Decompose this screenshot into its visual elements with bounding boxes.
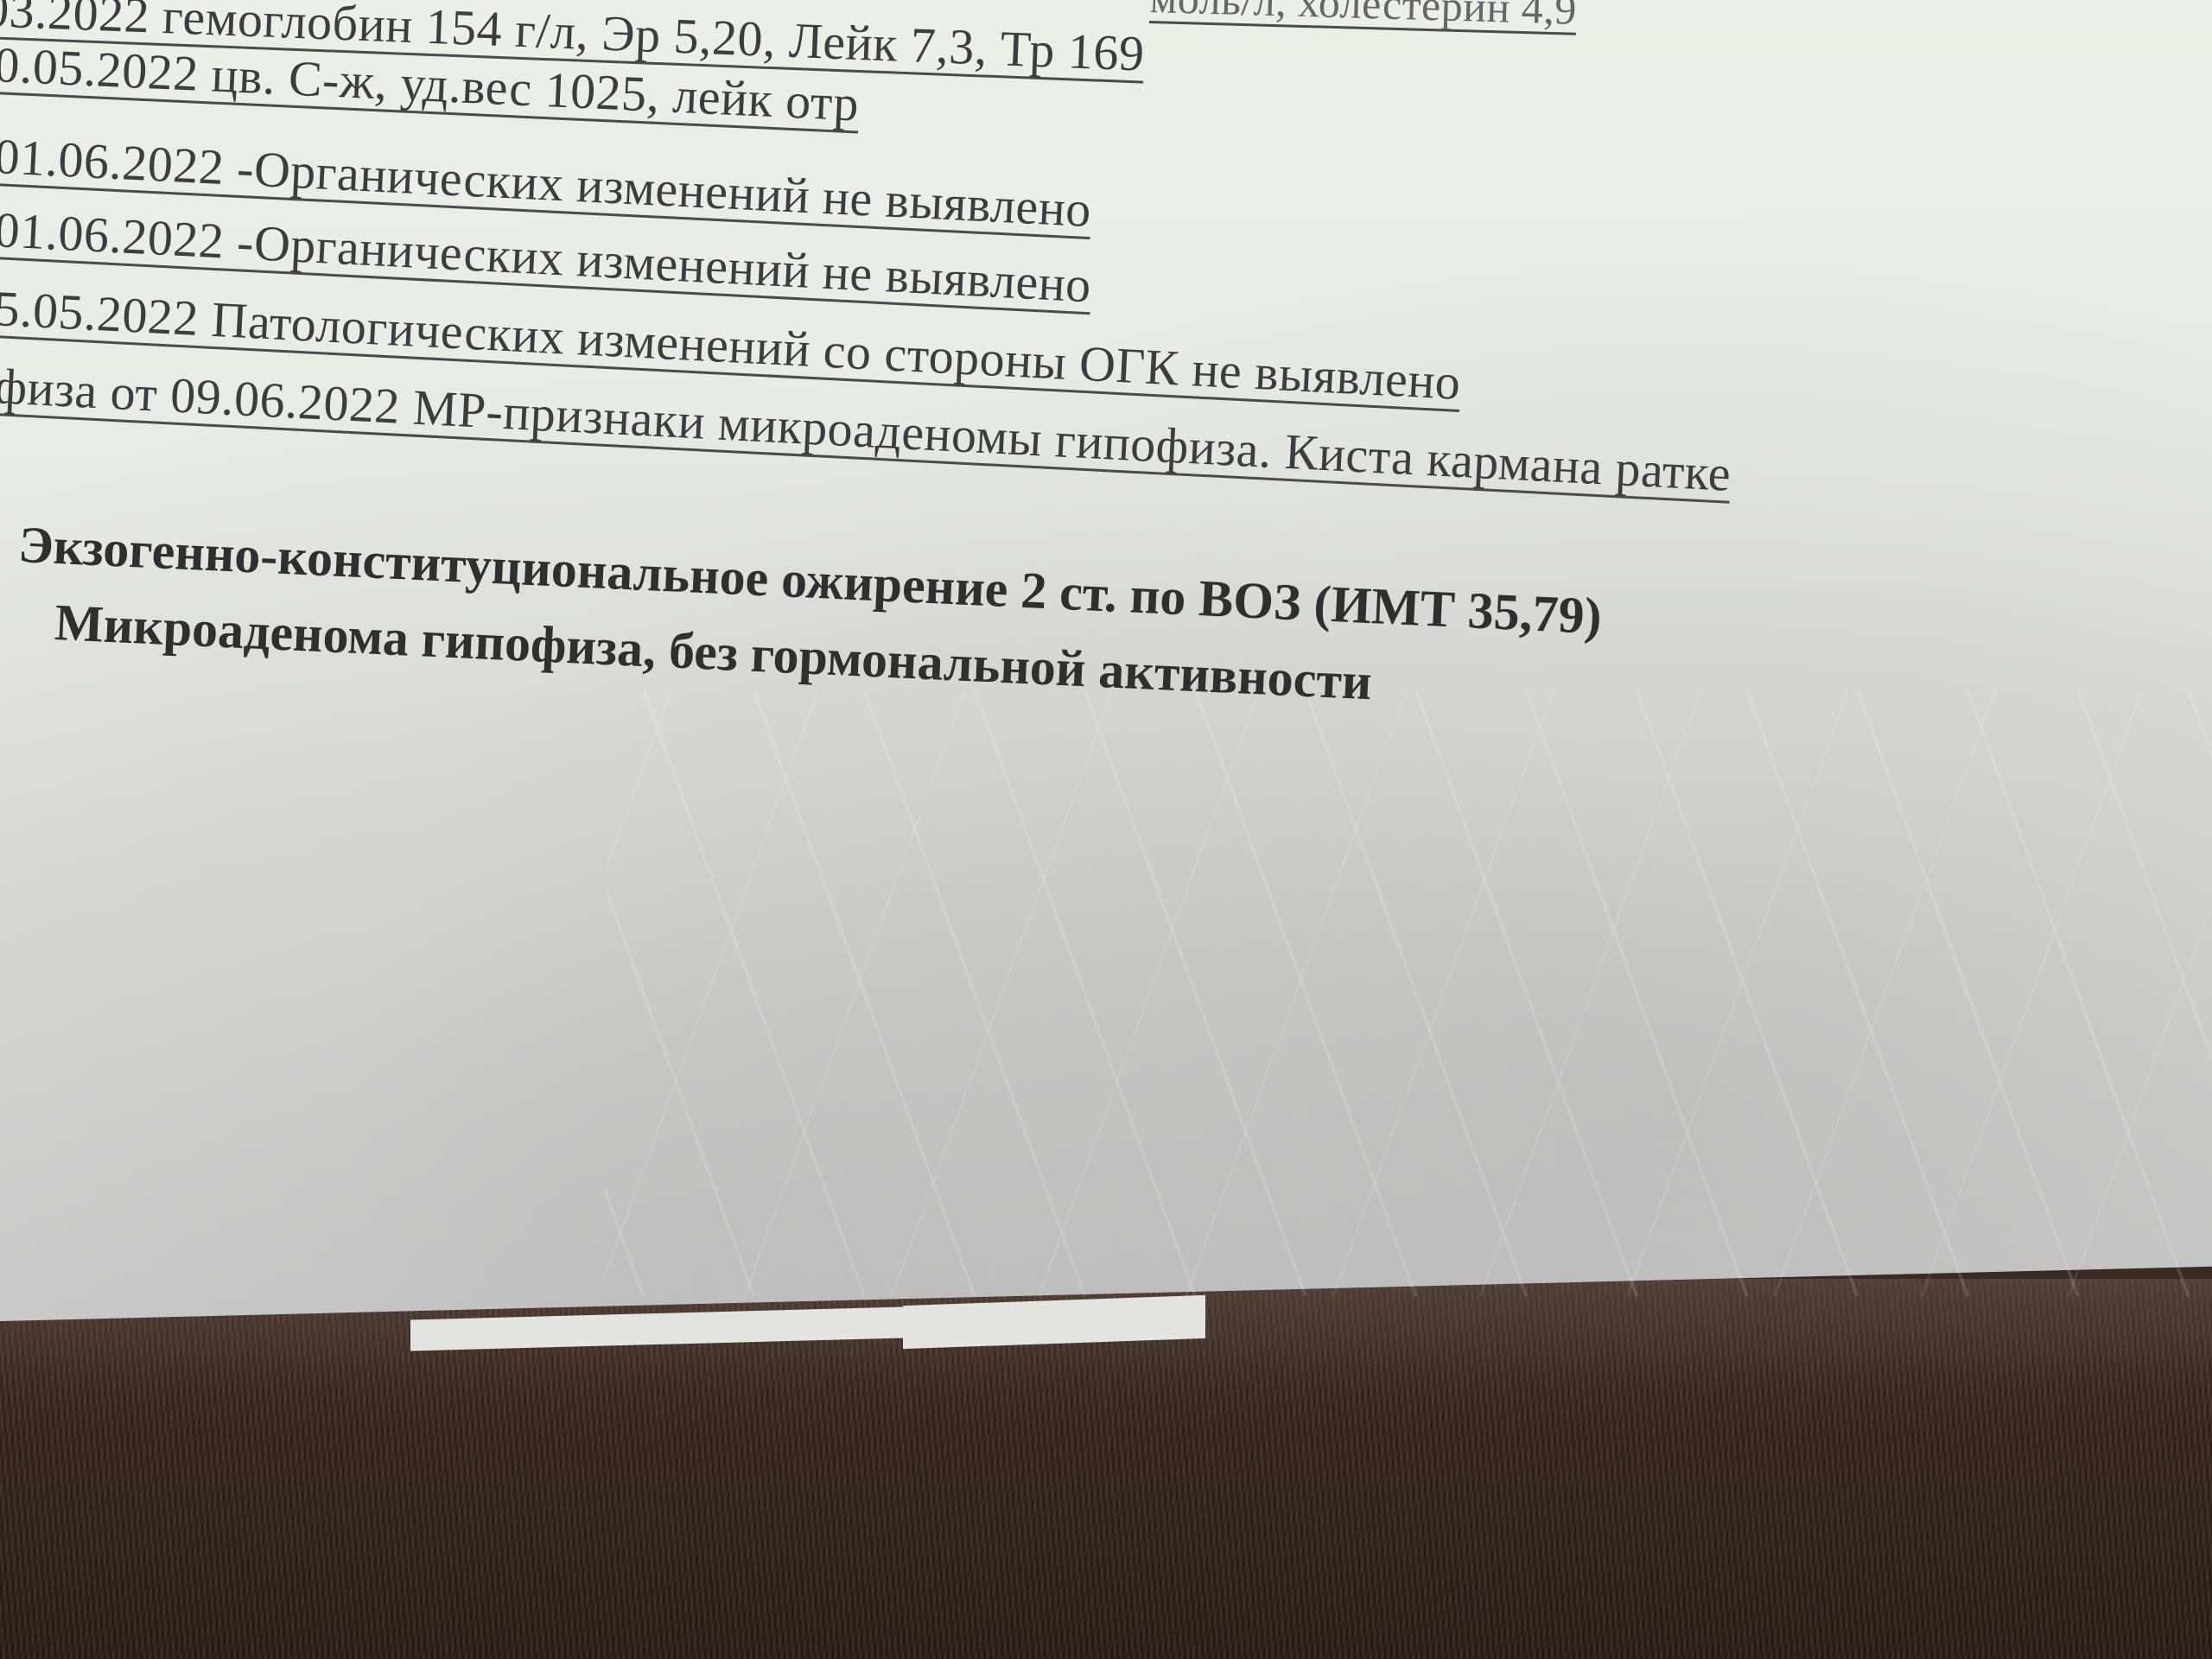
plastic-sheen	[605, 691, 2212, 1296]
photo-scene: моль/л, холестерин 4,9 03.2022 гемоглоби…	[0, 0, 2212, 1659]
